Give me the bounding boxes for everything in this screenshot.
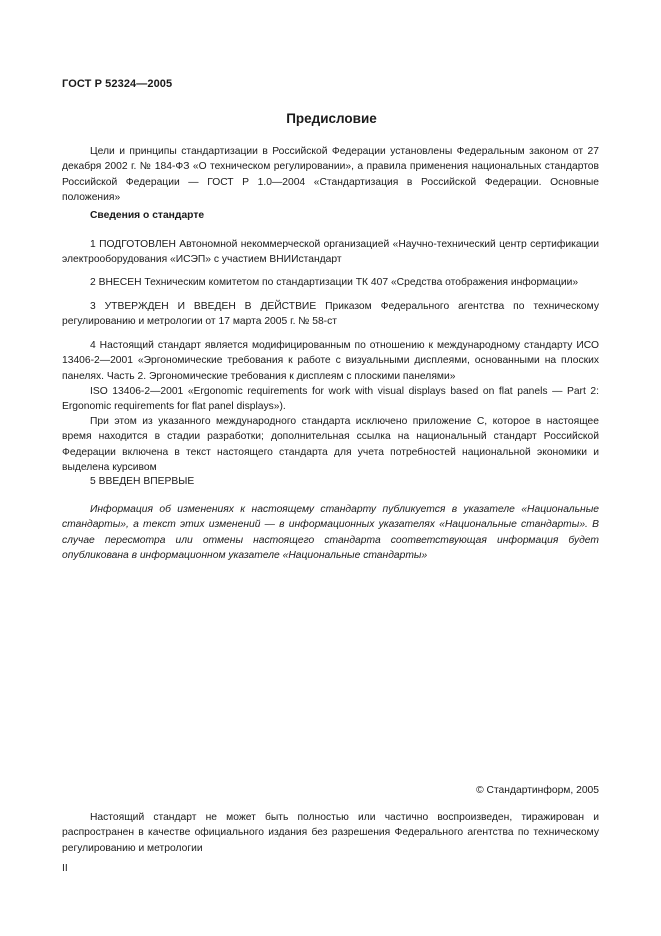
item-4-p1-text: 4 Настоящий стандарт является модифициро… — [62, 340, 599, 382]
item-4-p2: ISO 13406-2—2001 «Ergonomic requirements… — [62, 384, 599, 415]
item-5: 5 ВВЕДЕН ВПЕРВЫЕ — [62, 474, 599, 489]
info-heading: Сведения о стандарте — [62, 208, 599, 223]
item-3-text: 3 УТВЕРЖДЕН И ВВЕДЕН В ДЕЙСТВИЕ Приказом… — [62, 301, 599, 327]
item-2-text: 2 ВНЕСЕН Техническим комитетом по станда… — [90, 277, 578, 288]
intro-paragraph: Цели и принципы стандартизации в Российс… — [62, 144, 599, 205]
item-1-text: 1 ПОДГОТОВЛЕН Автономной некоммерческой … — [62, 239, 599, 265]
info-heading-text: Сведения о стандарте — [90, 210, 204, 221]
changes-info: Информация об изменениях к настоящему ст… — [62, 502, 599, 563]
item-5-text: 5 ВВЕДЕН ВПЕРВЫЕ — [90, 476, 194, 487]
page-title: Предисловие — [0, 111, 661, 126]
page-number: II — [62, 863, 68, 874]
document-page: ГОСТ Р 52324—2005 Предисловие Цели и при… — [0, 0, 661, 936]
page-title-text: Предисловие — [286, 111, 377, 126]
item-2: 2 ВНЕСЕН Техническим комитетом по станда… — [62, 275, 599, 290]
item-4-p3: При этом из указанного международного ст… — [62, 414, 599, 475]
copyright: © Стандартинформ, 2005 — [476, 785, 599, 796]
reproduction-notice-text: Настоящий стандарт не может быть полност… — [62, 812, 599, 854]
intro-text: Цели и принципы стандартизации в Российс… — [62, 146, 599, 203]
item-4-p3-text: При этом из указанного международного ст… — [62, 416, 599, 473]
item-3: 3 УТВЕРЖДЕН И ВВЕДЕН В ДЕЙСТВИЕ Приказом… — [62, 299, 599, 330]
document-code: ГОСТ Р 52324—2005 — [62, 78, 172, 90]
changes-info-text: Информация об изменениях к настоящему ст… — [62, 504, 599, 561]
item-4-p1: 4 Настоящий стандарт является модифициро… — [62, 338, 599, 384]
item-1: 1 ПОДГОТОВЛЕН Автономной некоммерческой … — [62, 237, 599, 268]
reproduction-notice: Настоящий стандарт не может быть полност… — [62, 810, 599, 856]
item-4-p2-text: ISO 13406-2—2001 «Ergonomic requirements… — [62, 386, 599, 412]
